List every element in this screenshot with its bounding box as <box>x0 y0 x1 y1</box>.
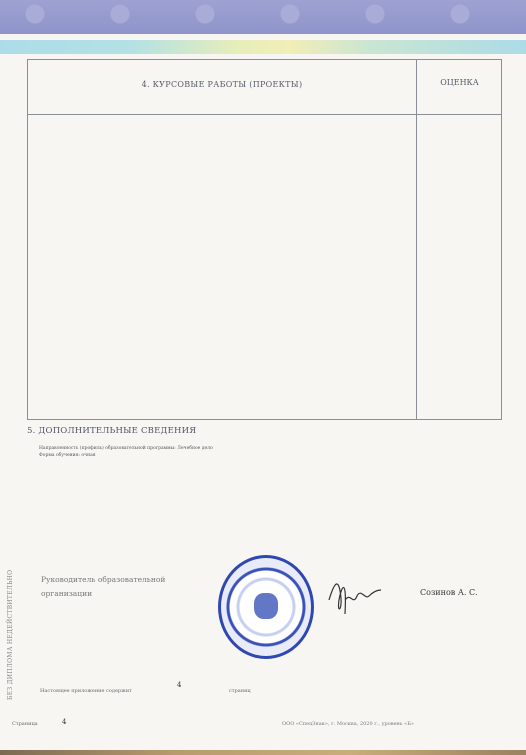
section-5-title: 5. ДОПОЛНИТЕЛЬНЫЕ СВЕДЕНИЯ <box>27 426 196 436</box>
pages-word: страниц <box>229 688 251 694</box>
validity-note: БЕЗ ДИПЛОМА НЕДЕЙСТВИТЕЛЬНО <box>7 570 14 700</box>
table-title: 4. КУРСОВЫЕ РАБОТЫ (ПРОЕКТЫ) <box>28 80 416 89</box>
signer-name: Созинов А. С. <box>420 588 478 597</box>
page-count: 4 <box>177 681 181 689</box>
rainbow-strip <box>0 40 526 54</box>
printer-info: ООО «СпецЗнак», г. Москва, 2020 г., уров… <box>282 721 414 727</box>
column-divider <box>416 60 417 419</box>
head-label-line2: организации <box>41 587 165 601</box>
grade-header: ОЦЕНКА <box>417 78 502 87</box>
bottom-edge <box>0 750 526 755</box>
security-banner <box>0 0 526 40</box>
study-form: Форма обучения: очная <box>39 453 96 458</box>
signature-icon <box>325 570 385 620</box>
head-label: Руководитель образовательной организации <box>41 573 165 601</box>
page-number: 4 <box>62 718 66 726</box>
contains-text: Настоящее приложение содержит <box>40 688 132 694</box>
head-label-line1: Руководитель образовательной <box>41 573 165 587</box>
official-seal-icon <box>218 555 314 659</box>
program-direction: Направленность (профиль) образовательной… <box>39 446 213 451</box>
coat-of-arms-icon <box>254 593 278 619</box>
coursework-table: 4. КУРСОВЫЕ РАБОТЫ (ПРОЕКТЫ) ОЦЕНКА <box>27 59 502 420</box>
page-label: Страница <box>12 721 38 727</box>
